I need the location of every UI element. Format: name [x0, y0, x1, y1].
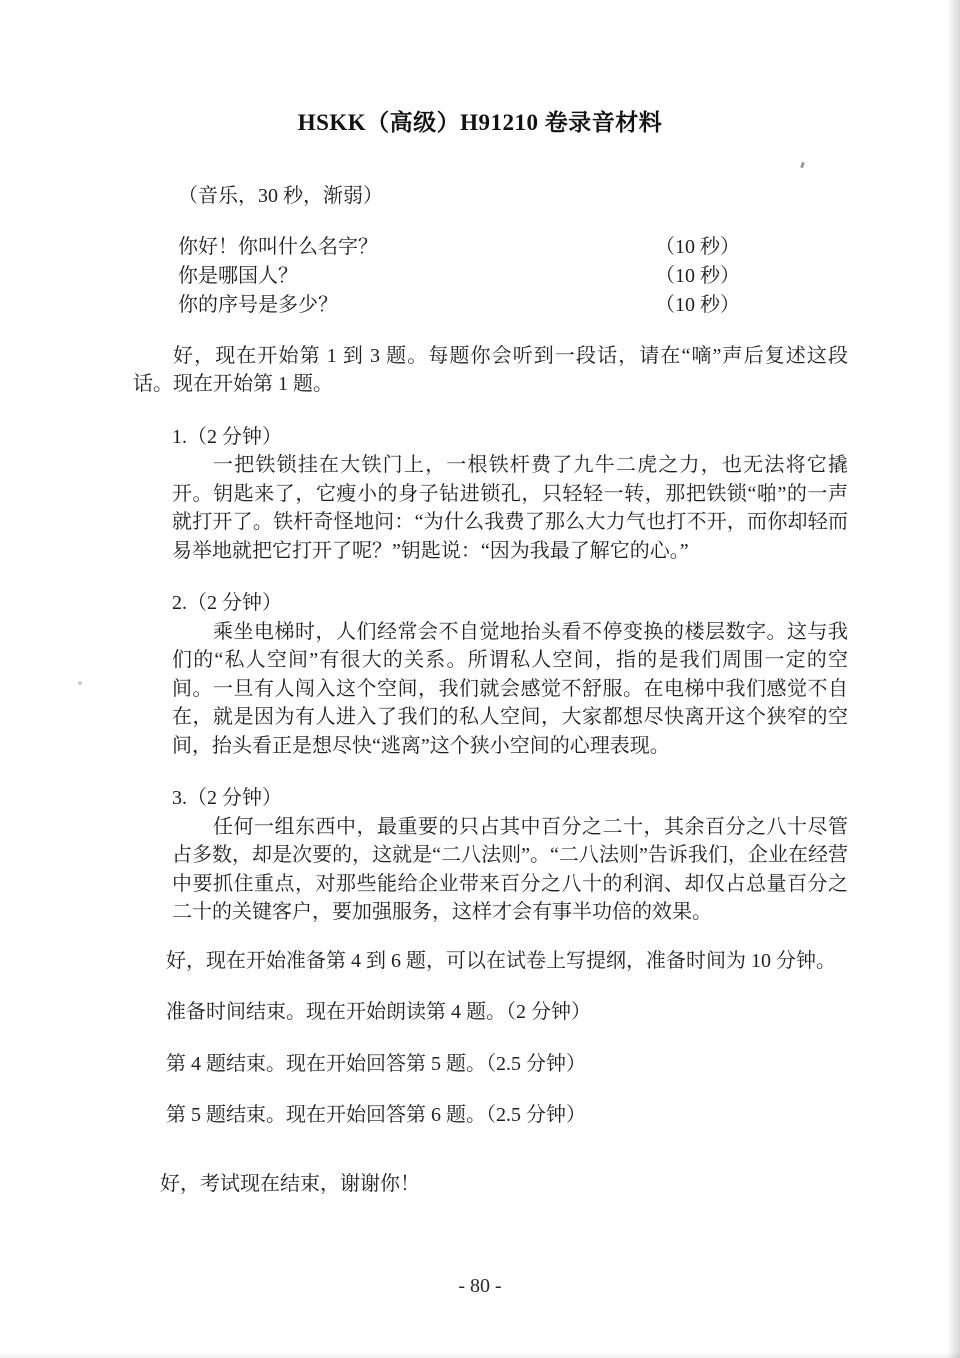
warmup-row: 你的序号是多少？ （10 秒） [178, 291, 740, 320]
section-2: 2.（2 分钟） 乘坐电梯时，人们经常会不自觉地抬头看不停变换的楼层数字。这与我… [172, 589, 848, 760]
section-heading: 1.（2 分钟） [172, 423, 848, 452]
warmup-time: （10 秒） [655, 233, 740, 262]
warmup-time: （10 秒） [655, 291, 740, 320]
scan-speck [800, 162, 805, 169]
warmup-question: 你好！你叫什么名字？ [178, 233, 378, 262]
instruction-line: 第 4 题结束。现在开始回答第 5 题。（2.5 分钟） [166, 1050, 848, 1079]
warmup-row: 你好！你叫什么名字？ （10 秒） [178, 233, 740, 262]
music-cue: （音乐，30 秒，渐弱） [178, 182, 960, 211]
warmup-question: 你的序号是多少？ [178, 291, 338, 320]
page-number: - 80 - [0, 1272, 960, 1301]
scan-speck [78, 681, 82, 685]
section-heading: 3.（2 分钟） [172, 784, 848, 813]
section-body: 乘坐电梯时，人们经常会不自觉地抬头看不停变换的楼层数字。这与我们的“私人空间”有… [172, 618, 848, 761]
warmup-row: 你是哪国人？ （10 秒） [178, 262, 740, 291]
warmup-question: 你是哪国人？ [178, 262, 298, 291]
instruction-line: 第 5 题结束。现在开始回答第 6 题。（2.5 分钟） [166, 1101, 848, 1130]
document-page: HSKK（高级）H91210 卷录音材料 （音乐，30 秒，渐弱） 你好！你叫什… [0, 0, 960, 1358]
instruction-line: 好，现在开始准备第 4 到 6 题，可以在试卷上写提纲，准备时间为 10 分钟。 [166, 947, 848, 976]
section-3: 3.（2 分钟） 任何一组东西中，最重要的只占其中百分之二十，其余百分之八十尽管… [172, 784, 848, 927]
section-body: 任何一组东西中，最重要的只占其中百分之二十，其余百分之八十尽管占多数，却是次要的… [172, 813, 848, 927]
section-heading: 2.（2 分钟） [172, 589, 848, 618]
warmup-questions: 你好！你叫什么名字？ （10 秒） 你是哪国人？ （10 秒） 你的序号是多少？… [178, 233, 740, 320]
closing-line: 好，考试现在结束，谢谢你！ [160, 1170, 848, 1199]
instruction-line: 准备时间结束。现在开始朗读第 4 题。（2 分钟） [166, 998, 848, 1027]
intro-paragraph: 好，现在开始第 1 到 3 题。每题你会听到一段话，请在“嘀”声后复述这段话。现… [133, 342, 848, 399]
warmup-time: （10 秒） [655, 262, 740, 291]
section-1: 1.（2 分钟） 一把铁锁挂在大铁门上，一根铁杆费了九牛二虎之力，也无法将它撬开… [172, 423, 848, 566]
page-title: HSKK（高级）H91210 卷录音材料 [60, 106, 900, 140]
instructions-block: 好，现在开始准备第 4 到 6 题，可以在试卷上写提纲，准备时间为 10 分钟。… [166, 947, 848, 1130]
scan-edge-shadow [0, 1351, 960, 1358]
section-body: 一把铁锁挂在大铁门上，一根铁杆费了九牛二虎之力，也无法将它撬开。钥匙来了，它瘦小… [172, 451, 848, 565]
